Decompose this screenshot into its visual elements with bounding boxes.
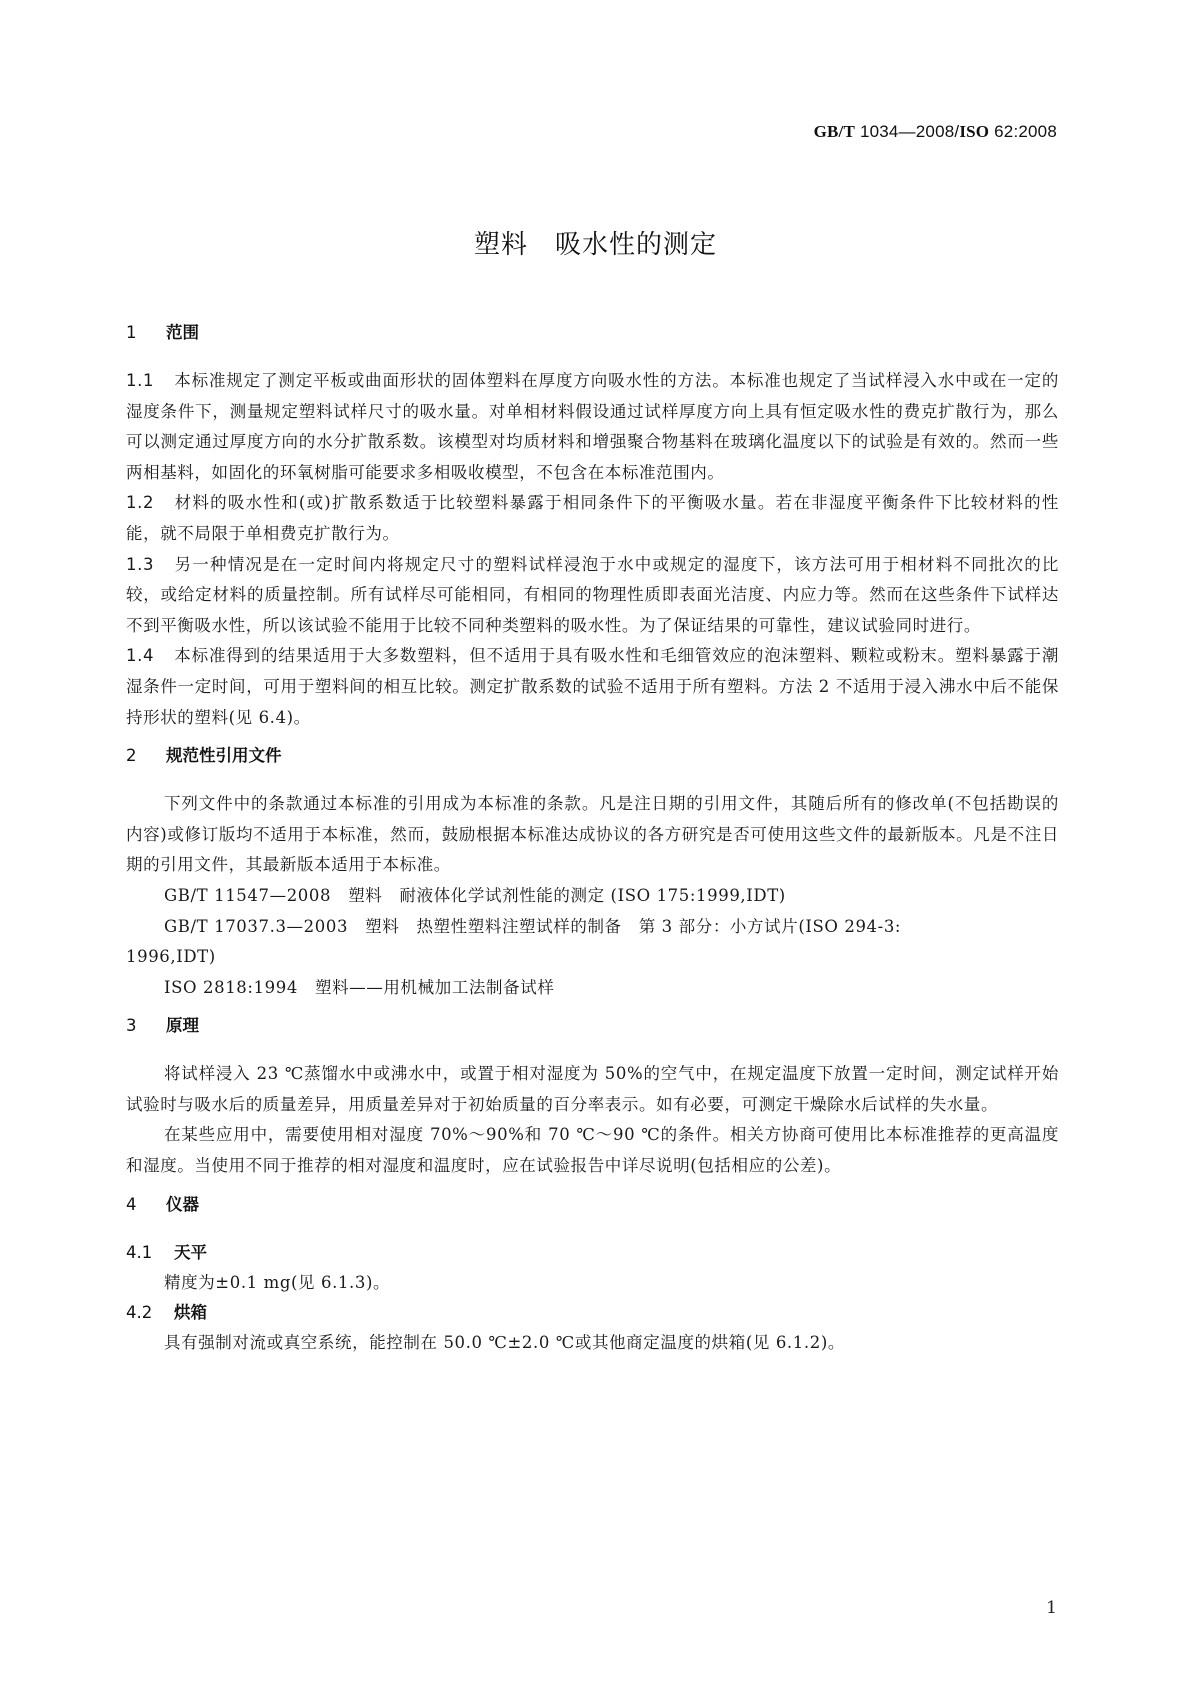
section-heading-normative-references: 2规范性引用文件 [126,741,1059,771]
subsection-heading-oven: 4.2烘箱 [126,1298,1059,1328]
section-number: 2 [126,741,166,771]
clause-text: 本标准得到的结果适用于大多数塑料，但不适用于具有吸水性和毛细管效应的泡沫塑料、颗… [126,646,1059,726]
clause-text: 另一种情况是在一定时间内将规定尺寸的塑料试样浸泡于水中或规定的湿度下，该方法可用… [126,555,1059,635]
references-intro: 下列文件中的条款通过本标准的引用成为本标准的条款。凡是注日期的引用文件，其随后所… [126,789,1059,881]
section-number: 4 [126,1190,166,1220]
clause-number: 1.1 [126,366,174,397]
section-heading-scope: 1范围 [126,318,1059,348]
section-number: 1 [126,318,166,348]
clause-text: 本标准规定了测定平板或曲面形状的固体塑料在厚度方向吸水性的方法。本标准也规定了当… [126,371,1059,482]
standard-number: GB/T 1034—2008/ISO 62:2008 [814,122,1057,142]
iso-prefix: ISO [959,122,989,141]
principle-paragraph-1: 将试样浸入 23 ℃蒸馏水中或沸水中，或置于相对湿度为 50%的空气中，在规定温… [126,1059,1059,1120]
subsection-heading-balance: 4.1天平 [126,1238,1059,1268]
section-title: 规范性引用文件 [166,746,282,765]
clause-number: 1.4 [126,641,174,672]
document-title: 塑料 吸水性的测定 [0,224,1191,261]
reference-iso-2818: ISO 2818:1994 塑料——用机械加工法制备试样 [126,973,1059,1004]
document-page: GB/T 1034—2008/ISO 62:2008 塑料 吸水性的测定 1范围… [0,0,1191,1684]
section-title: 原理 [166,1016,199,1035]
reference-gb-t-17037-3: GB/T 17037.3—2003 塑料 热塑性塑料注塑试样的制备 第 3 部分… [126,912,1059,943]
standard-prefix: GB/T [814,122,855,141]
principle-paragraph-2: 在某些应用中，需要使用相对湿度 70%～90%和 70 ℃～90 ℃的条件。相关… [126,1120,1059,1181]
section-heading-principle: 3原理 [126,1011,1059,1041]
reference-gb-t-11547: GB/T 11547—2008 塑料 耐液体化学试剂性能的测定 (ISO 175… [126,881,1059,912]
clause-1-2: 1.2材料的吸水性和(或)扩散系数适于比较塑料暴露于相同条件下的平衡吸水量。若在… [126,488,1059,549]
section-heading-apparatus: 4仪器 [126,1190,1059,1220]
clause-1-4: 1.4本标准得到的结果适用于大多数塑料，但不适用于具有吸水性和毛细管效应的泡沫塑… [126,641,1059,733]
clause-number: 1.3 [126,550,174,581]
subsection-number: 4.1 [126,1238,174,1268]
section-title: 仪器 [166,1195,199,1214]
oven-description: 具有强制对流或真空系统，能控制在 50.0 ℃±2.0 ℃或其他商定温度的烘箱(… [126,1328,1059,1359]
iso-code: 62:2008 [989,122,1057,141]
subsection-title: 烘箱 [174,1303,207,1322]
section-title: 范围 [166,323,199,342]
balance-description: 精度为±0.1 mg(见 6.1.3)。 [126,1268,1059,1299]
subsection-title: 天平 [174,1243,207,1262]
clause-number: 1.2 [126,488,174,519]
reference-gb-t-17037-3-continued: 1996,IDT) [126,942,1059,973]
section-number: 3 [126,1011,166,1041]
page-number: 1 [1046,1598,1057,1618]
standard-code: 1034—2008/ [855,122,959,141]
clause-1-1: 1.1本标准规定了测定平板或曲面形状的固体塑料在厚度方向吸水性的方法。本标准也规… [126,366,1059,488]
subsection-number: 4.2 [126,1298,174,1328]
clause-1-3: 1.3另一种情况是在一定时间内将规定尺寸的塑料试样浸泡于水中或规定的湿度下，该方… [126,550,1059,642]
document-body: 1范围 1.1本标准规定了测定平板或曲面形状的固体塑料在厚度方向吸水性的方法。本… [126,318,1059,1359]
clause-text: 材料的吸水性和(或)扩散系数适于比较塑料暴露于相同条件下的平衡吸水量。若在非湿度… [126,493,1059,543]
